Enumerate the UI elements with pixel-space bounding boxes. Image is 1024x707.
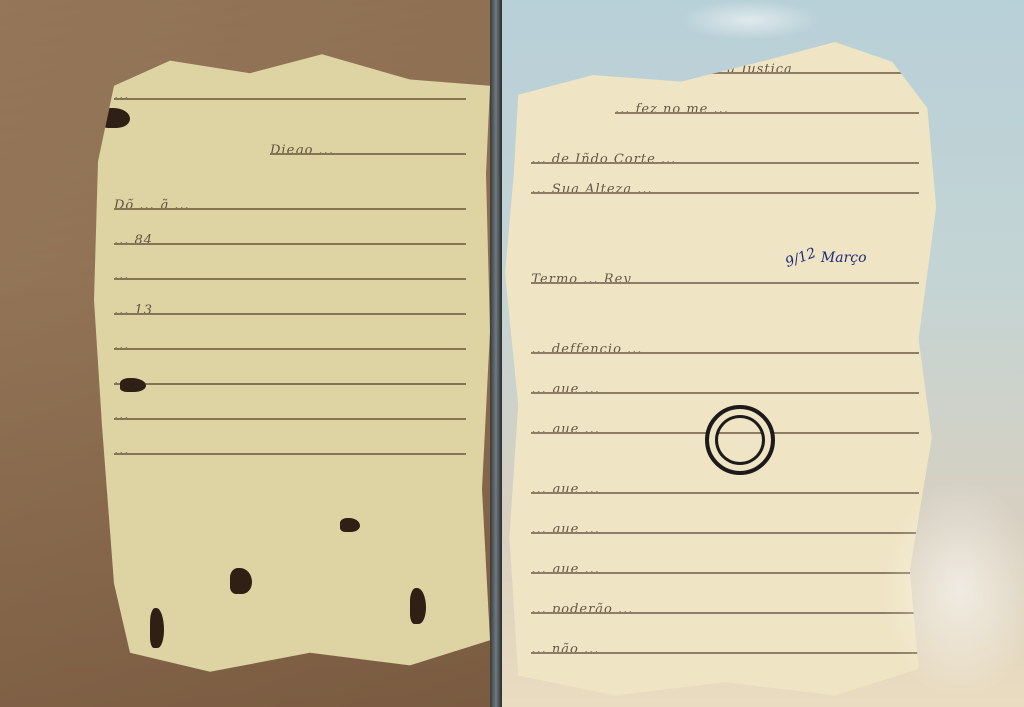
script-line: ... Sua Alteza ... bbox=[531, 182, 918, 194]
script-line: ... de Iñdo Corte ... bbox=[531, 152, 918, 164]
sleeve-spine bbox=[490, 0, 502, 707]
script-line: Dõ ... q̃ ... bbox=[114, 198, 466, 210]
script-line: ... que ... bbox=[531, 482, 918, 494]
right-folio: ... mẽ ... a Justiça ... fez no me ... .… bbox=[505, 42, 945, 702]
ink-stain bbox=[120, 378, 146, 392]
note-month: Março bbox=[821, 250, 867, 266]
script-line: ... deffençio ... bbox=[531, 342, 918, 354]
left-folio: ... Diego ... Dõ ... q̃ ... ... 84 ... .… bbox=[90, 48, 490, 678]
script-line: ... 13 bbox=[114, 303, 466, 315]
ink-stain bbox=[340, 518, 360, 532]
ink-stain bbox=[410, 588, 426, 624]
script-line: ... bbox=[114, 338, 466, 350]
script-line: ... bbox=[114, 268, 466, 280]
ink-stain bbox=[230, 568, 252, 594]
script-line: ... bbox=[114, 408, 466, 420]
script-line: Diego ... bbox=[270, 143, 466, 155]
script-line: ... não ... bbox=[531, 642, 918, 654]
script-line: Termo ... Rey bbox=[531, 272, 918, 284]
sleeve-glare bbox=[880, 480, 1024, 700]
script-line: ... poderão ... bbox=[531, 602, 918, 614]
script-line: ... que ... bbox=[531, 562, 918, 574]
script-line: ... bbox=[114, 88, 466, 100]
script-line: ... bbox=[114, 373, 466, 385]
script-line: ... que ... bbox=[531, 382, 918, 394]
script-line: ... 84 bbox=[114, 233, 466, 245]
marginal-date-note: 9/12 Março bbox=[785, 250, 867, 266]
ink-stain bbox=[150, 608, 164, 648]
script-line: ... bbox=[114, 443, 466, 455]
archive-stamp-icon bbox=[705, 405, 775, 475]
sleeve-glare bbox=[680, 0, 820, 40]
script-line: ... fez no me ... bbox=[615, 102, 919, 114]
script-line: ... que ... bbox=[531, 522, 918, 534]
